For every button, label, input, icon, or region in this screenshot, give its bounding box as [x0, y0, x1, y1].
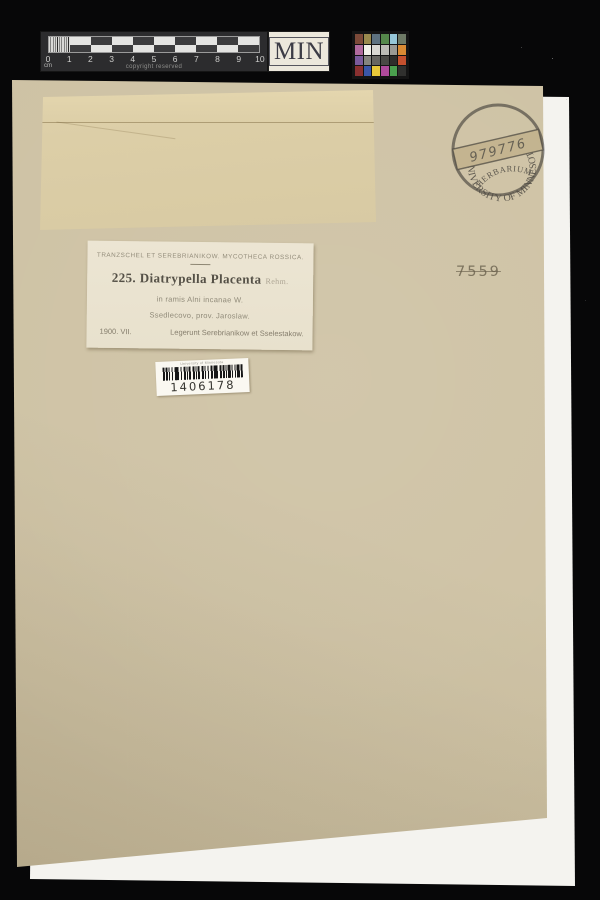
- color-patch: [355, 34, 363, 44]
- color-patch: [381, 56, 389, 66]
- ruler-cell: [112, 37, 133, 45]
- ruler-cell: [238, 45, 259, 53]
- ruler-cell: [91, 37, 112, 45]
- ruler-cell: [238, 37, 259, 45]
- ruler-cell: [91, 45, 112, 53]
- label-number-and-name: 225. Diatrypella Placenta: [112, 270, 262, 287]
- scale-bar: 0 1 2 3 4 5 6 7 8 9 10 cm copyright rese…: [40, 31, 330, 72]
- color-patch: [364, 45, 372, 55]
- herbarium-code-frame: MIN: [269, 37, 329, 66]
- color-patch: [364, 34, 372, 44]
- ruler-cell: [217, 45, 238, 53]
- color-patch: [390, 34, 398, 44]
- color-patch: [390, 45, 398, 55]
- ruler-number: 6: [166, 54, 184, 64]
- color-patch: [372, 56, 380, 66]
- color-patch: [364, 56, 372, 66]
- specimen-label: TRANZSCHEL ET SEREBRIANIKOW. MYCOTHECA R…: [86, 241, 313, 351]
- color-patch: [398, 45, 406, 55]
- ruler-cell: [133, 37, 154, 45]
- color-patch: [372, 34, 380, 44]
- label-author: Rehm.: [265, 277, 288, 286]
- label-date: 1900. VII.: [100, 327, 132, 336]
- ruler-cell: [70, 37, 91, 45]
- ruler-number: 4: [124, 54, 142, 64]
- color-patch: [390, 66, 398, 76]
- color-patch: [381, 66, 389, 76]
- ruler-number: 7: [187, 54, 205, 64]
- ruler-cell: [70, 45, 91, 53]
- color-patch: [398, 56, 406, 66]
- color-patch: [398, 34, 406, 44]
- ruler-cell: [49, 45, 70, 53]
- label-bottom-row: 1900. VII. Legerunt Serebrianikow et Sse…: [87, 327, 313, 339]
- ruler-number: 5: [145, 54, 163, 64]
- ruler-numbers: 0 1 2 3 4 5 6 7 8 9 10: [39, 54, 269, 64]
- ruler-number: 8: [209, 54, 227, 64]
- ruler-number: 2: [81, 54, 99, 64]
- ruler-cell: [175, 37, 196, 45]
- color-patch: [381, 34, 389, 44]
- ruler-cell: [49, 37, 70, 45]
- ruler-number: 10: [251, 54, 269, 64]
- label-species-name: 225. Diatrypella PlacentaRehm.: [87, 270, 313, 289]
- color-patch: [398, 66, 406, 76]
- color-patch: [381, 45, 389, 55]
- label-substrate: in ramis Alni incanae W.: [87, 294, 313, 306]
- color-patch: [364, 66, 372, 76]
- dust-specks: [0, 0, 1, 1]
- label-collectors: Legerunt Serebrianikow et Sselestakow.: [170, 328, 304, 339]
- ruler-number: 1: [60, 54, 78, 64]
- ruler: 0 1 2 3 4 5 6 7 8 9 10 cm copyright rese…: [40, 31, 268, 72]
- specimen-packet: [40, 90, 376, 230]
- ruler-cell: [154, 45, 175, 53]
- color-patch: [372, 66, 380, 76]
- herbarium-specimen-photo: 0 1 2 3 4 5 6 7 8 9 10 cm copyright rese…: [0, 0, 600, 900]
- ruler-cell: [217, 37, 238, 45]
- ruler-cell: [133, 45, 154, 53]
- ruler-cell: [112, 45, 133, 53]
- ruler-copyright-text: copyright reserved: [126, 64, 183, 70]
- ruler-number: 9: [230, 54, 248, 64]
- herbarium-code-label: MIN: [274, 38, 324, 65]
- color-checker: [352, 31, 409, 79]
- color-patch: [372, 45, 380, 55]
- ruler-cell: [175, 45, 196, 53]
- ruler-cell: [154, 37, 175, 45]
- barcode-number: 1406178: [170, 378, 236, 395]
- color-patch: [355, 66, 363, 76]
- color-patch: [355, 45, 363, 55]
- herbarium-code-plate: MIN: [268, 31, 330, 72]
- label-divider: [190, 264, 210, 265]
- label-series-header: TRANZSCHEL ET SEREBRIANIKOW. MYCOTHECA R…: [87, 252, 313, 262]
- ruler-unit-label: cm: [44, 63, 52, 69]
- ruler-cell: [196, 45, 217, 53]
- ruler-number: 3: [103, 54, 121, 64]
- ruler-bar: [48, 36, 260, 53]
- ruler-cell: [196, 37, 217, 45]
- color-patch: [390, 56, 398, 66]
- barcode-sticker: University of Minnesota 1406178: [155, 358, 249, 396]
- catalog-number: 7559: [456, 264, 501, 280]
- label-locality: Ssedlecovo, prov. Jaroslaw.: [87, 310, 313, 322]
- color-patch: [355, 56, 363, 66]
